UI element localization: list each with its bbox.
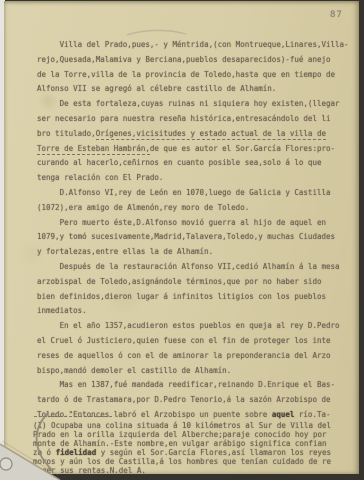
text-line: bispo,mandó demoler el castillo de Alham… xyxy=(37,364,359,379)
text-line: de la Torre,villa de la provincia de Tol… xyxy=(37,68,359,83)
text-line: tenga relación con El Prado. xyxy=(37,171,359,186)
text-line: y fortalezas,entre ellas la de Alhamín. xyxy=(37,245,359,260)
body-text: Villa del Prado,pues,- y Méntrida,(con M… xyxy=(37,38,359,423)
text-line: Mas en 1387,fué mandada reedificar,reina… xyxy=(37,378,359,393)
text-line: Alfonso VII se agregó al célebre castill… xyxy=(37,82,359,97)
text-line: En el año 1357,acudieron estos pueblos e… xyxy=(37,319,359,334)
text-line: bien definidos,dieron lugar á infinitos … xyxy=(37,290,359,305)
text-line: el Cruel ó Justiciero,quien fuese con el… xyxy=(37,334,359,349)
text-line: za ó fidelidad y según el Sor.García Flo… xyxy=(33,448,359,457)
text-line: ser necesario para nuestra reseña histór… xyxy=(37,112,359,127)
text-line: Después de la restauración Alfonso VII,c… xyxy=(37,260,359,275)
text-line: Pero muerto éste,D.Alfonso movió guerra … xyxy=(37,216,359,231)
text-line: Prado en la orilla izquierda del Alberch… xyxy=(33,430,359,439)
text-line: coger sus rentas.N.del A. xyxy=(33,466,359,475)
text-line: D.Alfonso VI,rey de León en 1070,luego d… xyxy=(37,186,359,201)
text-line: tardo ó de Trastamara,por D.Pedro Tenori… xyxy=(37,393,359,408)
text-line: Torre de Esteban Hambrán,de que es autor… xyxy=(37,142,359,157)
page-number: 87 xyxy=(330,10,343,20)
text-line: bro titulado,Orígenes,vicisitudes y esta… xyxy=(37,127,359,142)
text-line: moros y aún los de Castilla,á los hombre… xyxy=(33,457,359,466)
text-line: rejo,Quesada,Malamiva y Berciana,pueblos… xyxy=(37,53,359,68)
scanned-page: 87 Villa del Prado,pues,- y Méntrida,(co… xyxy=(4,1,359,474)
footnote: (1) Ocupaba una colina situada á 10 kiló… xyxy=(33,421,359,476)
footnote-rule xyxy=(34,416,112,417)
text-line: (1072),era amigo de Almenón,rey moro de … xyxy=(37,201,359,216)
text-line: inmediatos. xyxy=(37,304,359,319)
text-line: curando al hacerlo,ceñirnos en cuanto po… xyxy=(37,156,359,171)
text-line: reses de aquellos ó con el de aminorar l… xyxy=(37,349,359,364)
text-line: De esta fortaleza,cuyas ruinas ni siquie… xyxy=(37,97,359,112)
text-line: 1079,y tomó sucesivamente,Madrid,Talaver… xyxy=(37,230,359,245)
text-line: (1) Ocupaba una colina situada á 10 kiló… xyxy=(33,421,359,430)
text-line: Villa del Prado,pues,- y Méntrida,(con M… xyxy=(37,38,359,53)
text-line: monte de Alhamín.-Este nombre,en vulgar … xyxy=(33,439,359,448)
text-line: arzobispal de Toledo,asignándole término… xyxy=(37,275,359,290)
